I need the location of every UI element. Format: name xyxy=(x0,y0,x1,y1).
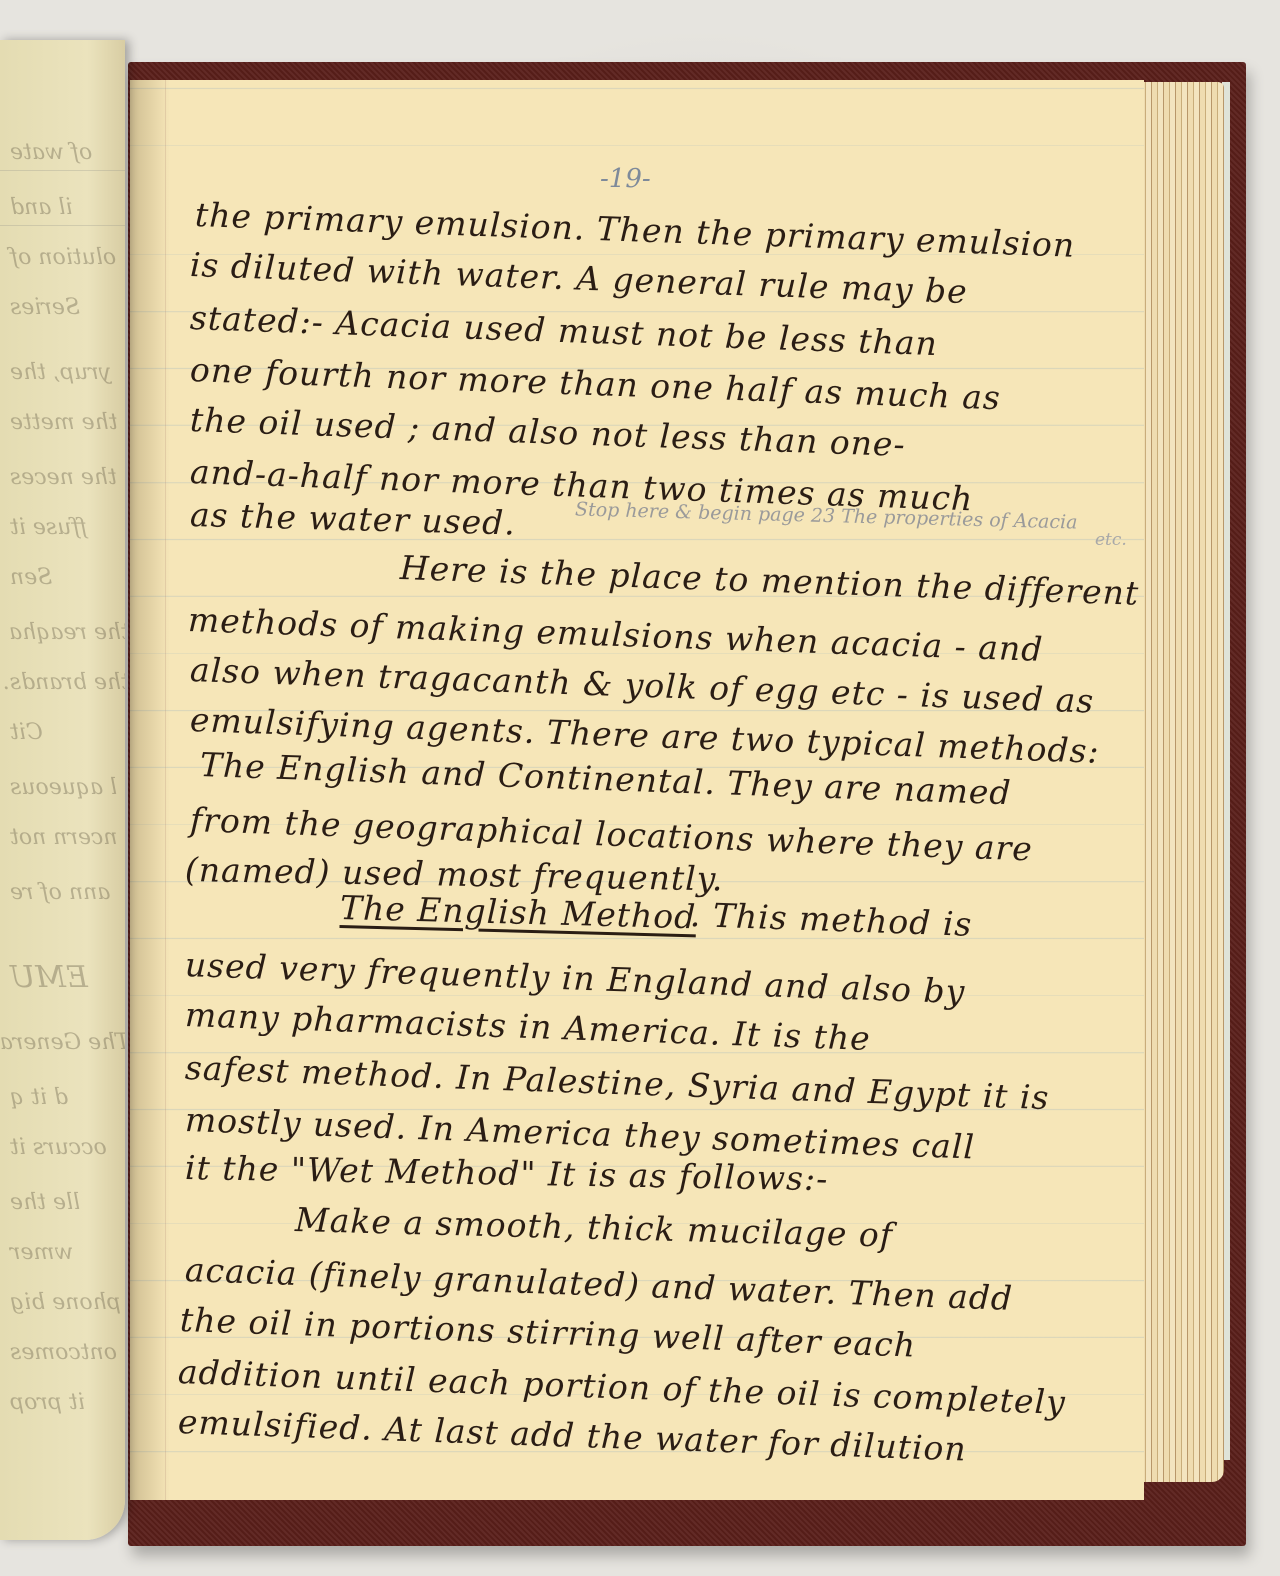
bleed-text: The General xyxy=(10,1030,125,1055)
bleed-text: the brands. xyxy=(10,670,125,695)
bleed-text: the neces xyxy=(10,465,125,490)
bleed-text: EMU xyxy=(10,960,125,995)
bleed-text: phone big xyxy=(10,1290,125,1315)
bleed-text: l aqueous xyxy=(10,775,125,800)
bleed-text: the mette xyxy=(10,410,125,435)
bleed-text: ffuse it xyxy=(10,515,125,540)
left-page-curl: of wate il and olution of Series yrup, t… xyxy=(0,40,125,1540)
bleed-text: d it q xyxy=(10,1085,125,1110)
left-rule xyxy=(0,225,125,226)
bleed-text: Series xyxy=(10,295,125,320)
margin-rule xyxy=(165,80,166,1500)
bleed-text: ann of re xyxy=(10,880,125,905)
bleed-text: wmer xyxy=(10,1240,125,1265)
pencil-annotation-etc: etc. xyxy=(1095,530,1127,550)
page-block-edges xyxy=(1140,82,1224,1482)
bleed-text: Sen xyxy=(10,565,125,590)
bleed-text: the reaqha xyxy=(10,620,125,645)
left-rule xyxy=(0,170,125,171)
bleed-text: il and xyxy=(10,195,125,220)
bleed-text: lle the xyxy=(10,1190,125,1215)
page-number: -19- xyxy=(600,164,651,194)
bleed-text: yrup, the xyxy=(10,360,125,385)
bleed-text: olution of xyxy=(10,245,125,270)
bleed-text: Cit xyxy=(10,720,125,745)
bleed-text: it prop xyxy=(10,1390,125,1415)
bleed-text: ontcomes xyxy=(10,1340,125,1365)
bleed-text: occurs it xyxy=(10,1135,125,1160)
bleed-text: ncern not xyxy=(10,825,125,850)
bleed-text: of wate xyxy=(10,140,125,165)
